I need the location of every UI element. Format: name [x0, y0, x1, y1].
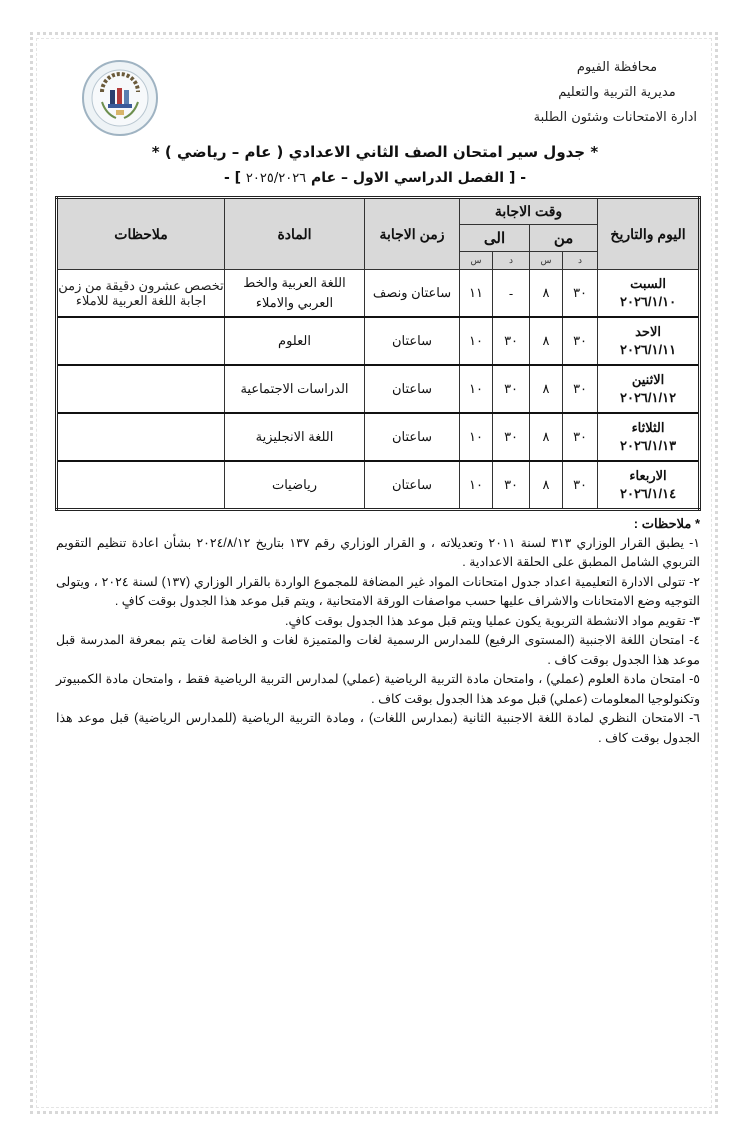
header-to-minute: د	[493, 252, 530, 270]
day-date-cell: السبت ٢٠٢٦/١/١٠	[598, 270, 700, 318]
governorate-name: محافظة الفيوم	[537, 55, 697, 80]
from-minute-cell: ٣٠	[563, 365, 598, 413]
header-to-hour: س	[460, 252, 493, 270]
remarks-cell	[57, 413, 225, 461]
table-row: الاحد ٢٠٢٦/١/١١ ٣٠ ٨ ٣٠ ١٠ ساعتان العلوم	[57, 317, 700, 365]
note-item: ٥- امتحان مادة العلوم (عملي) ، وامتحان م…	[56, 670, 700, 709]
header-remarks: ملاحظات	[57, 198, 225, 270]
exam-date: ٢٠٢٦/١/١٢	[598, 389, 698, 407]
header-duration: زمن الاجابة	[365, 198, 460, 270]
subject-cell: اللغة الانجليزية	[225, 413, 365, 461]
to-minute-cell: ٣٠	[493, 317, 530, 365]
department-name: ادارة الامتحانات وشئون الطلبة	[537, 105, 697, 130]
note-item: ٢- تتولى الادارة التعليمية اعداد جدول ام…	[56, 573, 700, 612]
duration-cell: ساعتان	[365, 461, 460, 510]
day-date-cell: الاثنين ٢٠٢٦/١/١٢	[598, 365, 700, 413]
table-row: الاثنين ٢٠٢٦/١/١٢ ٣٠ ٨ ٣٠ ١٠ ساعتان الدر…	[57, 365, 700, 413]
document-title: * جدول سير امتحان الصف الثاني الاعدادي (…	[0, 143, 750, 161]
remarks-cell	[57, 461, 225, 510]
header-day-date: اليوم والتاريخ	[598, 198, 700, 270]
day-date-cell: الثلاثاء ٢٠٢٦/١/١٣	[598, 413, 700, 461]
subject-cell: العلوم	[225, 317, 365, 365]
day-name: الاثنين	[598, 371, 698, 389]
day-date-cell: الاحد ٢٠٢٦/١/١١	[598, 317, 700, 365]
issuer-header: محافظة الفيوم مديرية التربية والتعليم اد…	[537, 55, 697, 130]
subject-cell: اللغة العربية والخط العربي والاملاء	[225, 270, 365, 318]
subtitle-suffix: ] -	[224, 170, 241, 186]
to-minute-cell: ٣٠	[493, 461, 530, 510]
header-from: من	[530, 225, 598, 252]
header-subject: المادة	[225, 198, 365, 270]
notes-title: * ملاحظات :	[56, 514, 700, 534]
to-hour-cell: ١١	[460, 270, 493, 318]
subtitle-prefix: - [	[509, 170, 526, 186]
ministry-emblem-icon	[80, 58, 160, 138]
remarks-cell	[57, 365, 225, 413]
day-name: الاحد	[598, 323, 698, 341]
to-minute-cell: ٣٠	[493, 365, 530, 413]
from-hour-cell: ٨	[530, 317, 563, 365]
exam-date: ٢٠٢٦/١/١٣	[598, 437, 698, 455]
note-item: ٣- تقويم مواد الانشطة التربوية يكون عملي…	[56, 612, 700, 632]
document-subtitle: - [ الفصل الدراسي الاول – عام ٢٠٢٥/٢٠٢٦ …	[0, 170, 750, 186]
to-hour-cell: ١٠	[460, 413, 493, 461]
table-row: الاربعاء ٢٠٢٦/١/١٤ ٣٠ ٨ ٣٠ ١٠ ساعتان ريا…	[57, 461, 700, 510]
to-hour-cell: ١٠	[460, 317, 493, 365]
from-minute-cell: ٣٠	[563, 317, 598, 365]
from-minute-cell: ٣٠	[563, 461, 598, 510]
header-to: الى	[460, 225, 530, 252]
duration-cell: ساعتان	[365, 413, 460, 461]
remarks-cell: تخصص عشرون دقيقة من زمن اجابة اللغة العر…	[57, 270, 225, 318]
to-hour-cell: ١٠	[460, 365, 493, 413]
day-name: السبت	[598, 275, 698, 293]
table-row: السبت ٢٠٢٦/١/١٠ ٣٠ ٨ - ١١ ساعتان ونصف ال…	[57, 270, 700, 318]
note-item: ٤- امتحان اللغة الاجنبية (المستوى الرفيع…	[56, 631, 700, 670]
from-minute-cell: ٣٠	[563, 413, 598, 461]
duration-cell: ساعتان	[365, 317, 460, 365]
from-hour-cell: ٨	[530, 365, 563, 413]
subject-cell: الدراسات الاجتماعية	[225, 365, 365, 413]
exam-date: ٢٠٢٦/١/١٤	[598, 485, 698, 503]
duration-cell: ساعتان	[365, 365, 460, 413]
header-from-hour: س	[530, 252, 563, 270]
from-hour-cell: ٨	[530, 413, 563, 461]
from-hour-cell: ٨	[530, 461, 563, 510]
exam-date: ٢٠٢٦/١/١١	[598, 341, 698, 359]
subject-cell: رياضيات	[225, 461, 365, 510]
duration-cell: ساعتان ونصف	[365, 270, 460, 318]
subtitle-year: ٢٠٢٥/٢٠٢٦	[246, 171, 306, 186]
subtitle-term: الفصل الدراسي الاول – عام	[311, 170, 504, 186]
day-name: الاربعاء	[598, 467, 698, 485]
note-item: ٦- الامتحان النظري لمادة اللغة الاجنبية …	[56, 709, 700, 748]
directorate-name: مديرية التربية والتعليم	[537, 80, 697, 105]
to-hour-cell: ١٠	[460, 461, 493, 510]
note-item: ١- يطبق القرار الوزاري ٣١٣ لسنة ٢٠١١ وتع…	[56, 534, 700, 573]
to-minute-cell: -	[493, 270, 530, 318]
from-hour-cell: ٨	[530, 270, 563, 318]
notes-section: * ملاحظات : ١- يطبق القرار الوزاري ٣١٣ ل…	[56, 514, 700, 748]
exam-date: ٢٠٢٦/١/١٠	[598, 293, 698, 311]
day-date-cell: الاربعاء ٢٠٢٦/١/١٤	[598, 461, 700, 510]
exam-schedule-table: اليوم والتاريخ وقت الاجابة زمن الاجابة ا…	[55, 196, 701, 511]
table-row: الثلاثاء ٢٠٢٦/١/١٣ ٣٠ ٨ ٣٠ ١٠ ساعتان الل…	[57, 413, 700, 461]
from-minute-cell: ٣٠	[563, 270, 598, 318]
remarks-cell	[57, 317, 225, 365]
header-answer-time: وقت الاجابة	[460, 198, 598, 225]
to-minute-cell: ٣٠	[493, 413, 530, 461]
day-name: الثلاثاء	[598, 419, 698, 437]
header-from-minute: د	[563, 252, 598, 270]
